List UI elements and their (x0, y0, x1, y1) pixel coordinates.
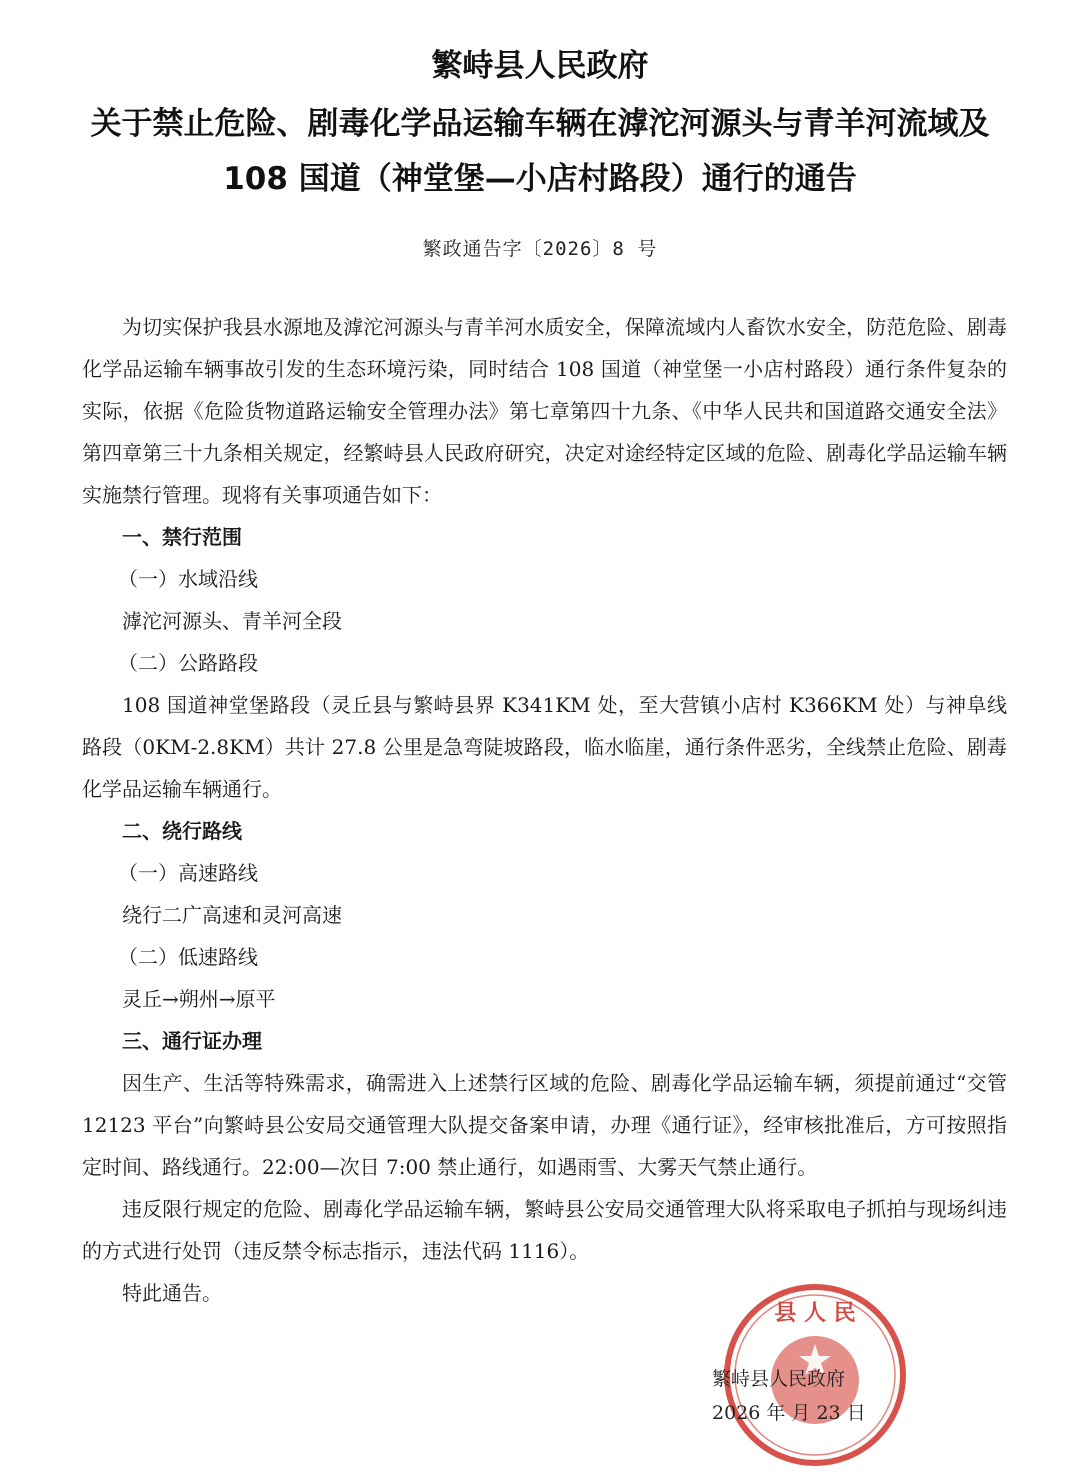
section-heading-scope: 一、禁行范围 (82, 516, 1007, 558)
notice-title-line1: 关于禁止危险、剧毒化学品运输车辆在滹沱河源头与青羊河流域及 (0, 98, 1080, 143)
intro-paragraph: 为切实保护我县水源地及滹沱河源头与青羊河水质安全，保障流域内人畜饮水安全，防范危… (82, 306, 1007, 516)
road-scope-text: 108 国道神堂堡路段（灵丘县与繁峙县界 K341KM 处，至大营镇小店村 K3… (82, 684, 1007, 810)
subheading-water: （一）水域沿线 (82, 558, 1007, 600)
subheading-road: （二）公路路段 (82, 642, 1007, 684)
signature-block: 繁峙县人民政府 2026 年 月 23 日 (712, 1362, 866, 1430)
signature-org: 繁峙县人民政府 (712, 1362, 866, 1396)
signature-date: 2026 年 月 23 日 (712, 1396, 866, 1430)
notice-title-line2: 108 国道（神堂堡—小店村路段）通行的通告 (0, 153, 1080, 198)
lowspeed-route-text: 灵丘→朔州→原平 (82, 978, 1007, 1020)
subheading-highway: （一）高速路线 (82, 852, 1007, 894)
highway-route-text: 绕行二广高速和灵河高速 (82, 894, 1007, 936)
penalty-paragraph: 违反限行规定的危险、剧毒化学品运输车辆，繁峙县公安局交通管理大队将采取电子抓拍与… (82, 1188, 1007, 1272)
document-number: 繁政通告字〔2026〕8 号 (0, 234, 1080, 261)
water-scope-text: 滹沱河源头、青羊河全段 (82, 600, 1007, 642)
permit-paragraph: 因生产、生活等特殊需求，确需进入上述禁行区域的危险、剧毒化学品运输车辆，须提前通… (82, 1062, 1007, 1188)
notice-body: 为切实保护我县水源地及滹沱河源头与青羊河水质安全，保障流域内人畜饮水安全，防范危… (82, 306, 1007, 1314)
section-heading-permit: 三、通行证办理 (82, 1020, 1007, 1062)
issuer-title: 繁峙县人民政府 (0, 40, 1080, 85)
svg-text:县 人 民: 县 人 民 (774, 1301, 855, 1326)
section-heading-detour: 二、绕行路线 (82, 810, 1007, 852)
subheading-lowspeed: （二）低速路线 (82, 936, 1007, 978)
